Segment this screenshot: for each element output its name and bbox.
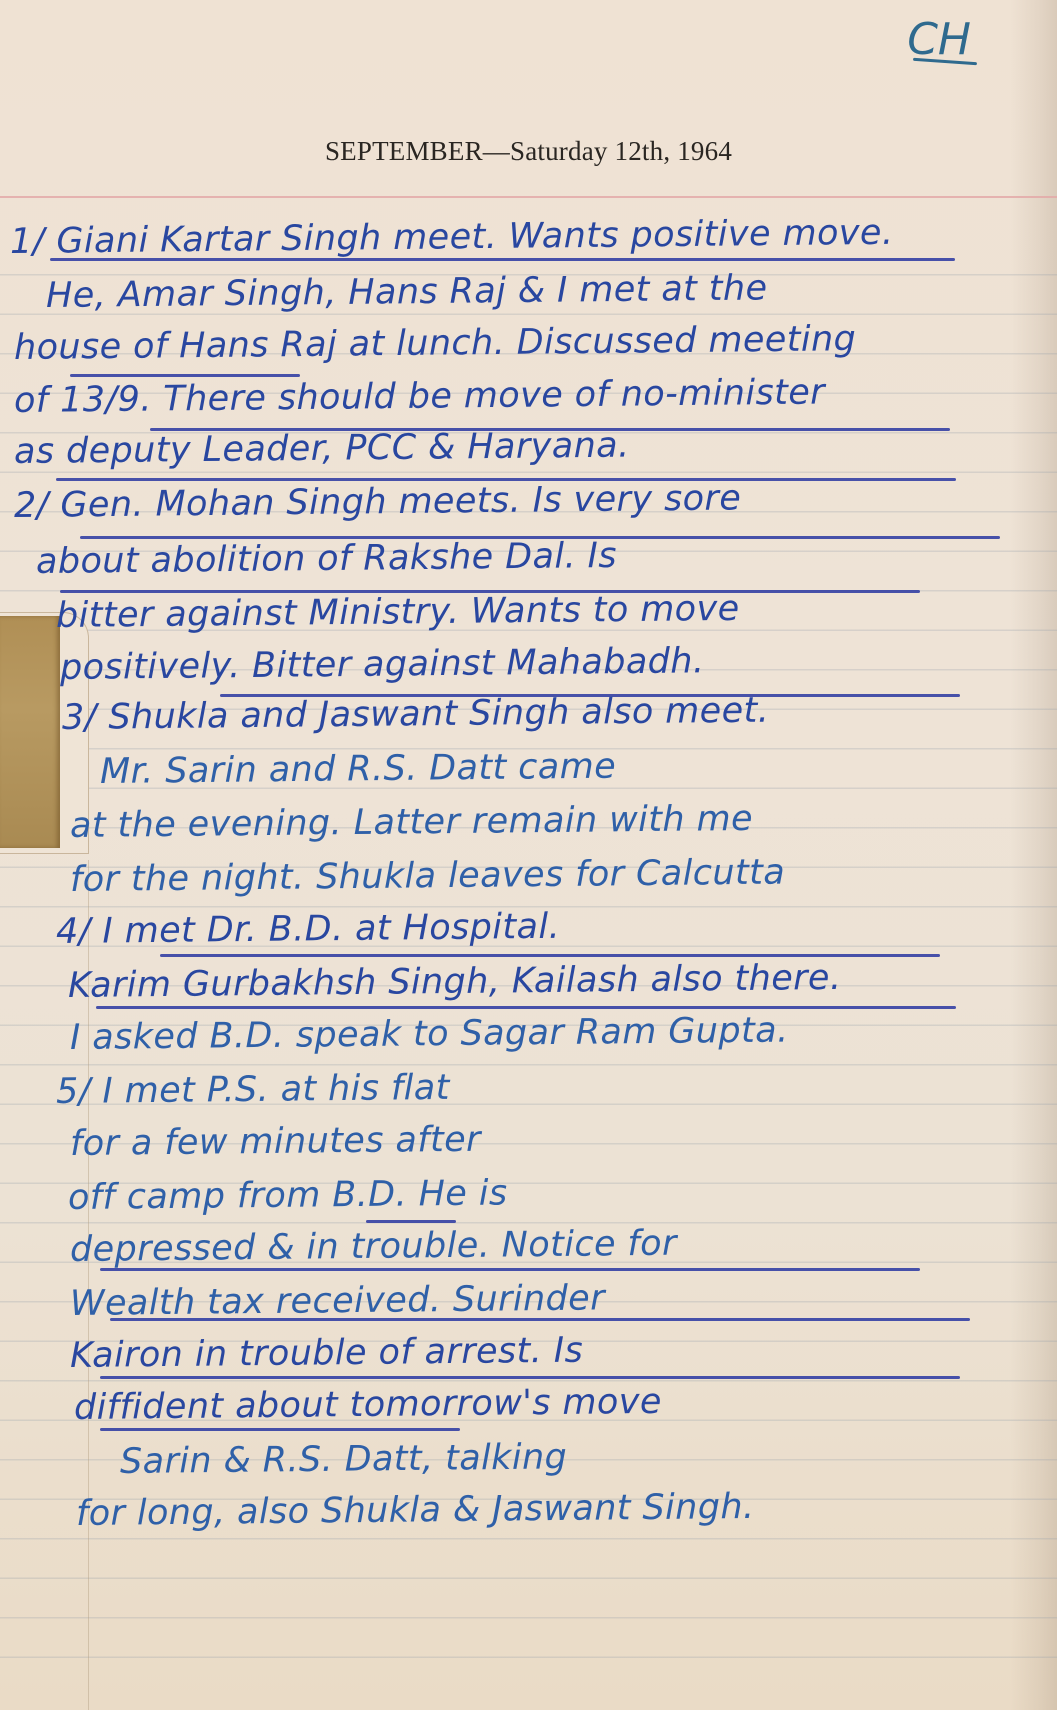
- entry-5-line-9: for long, also Shukla & Jaswant Singh.: [76, 1487, 755, 1534]
- entry-3-line-1: 3/ Shukla and Jaswant Singh also meet.: [62, 691, 770, 738]
- entry-4-line-2: Karim Gurbakhsh Singh, Kailash also ther…: [68, 958, 842, 1006]
- underline: [160, 954, 940, 957]
- entry-5-line-6: Kairon in trouble of arrest. Is: [70, 1331, 584, 1376]
- entry-3-line-2: Mr. Sarin and R.S. Datt came: [100, 747, 616, 792]
- diary-page: CH SEPTEMBER—Saturday 12th, 1964 1/ Gian…: [0, 0, 1057, 1710]
- entry-2-line-1: 2/ Gen. Mohan Singh meets. Is very sore: [14, 478, 742, 526]
- page-date-header: SEPTEMBER—Saturday 12th, 1964: [0, 136, 1057, 167]
- underline: [100, 1268, 920, 1271]
- entry-2-line-2: about abolition of Rakshe Dal. Is: [36, 536, 617, 582]
- underline: [100, 1428, 460, 1431]
- entry-4-line-3: I asked B.D. speak to Sagar Ram Gupta.: [70, 1010, 789, 1058]
- entry-1-line-4: of 13/9. There should be move of no-mini…: [14, 373, 825, 421]
- underline: [110, 1318, 970, 1321]
- underline: [50, 258, 955, 261]
- underline: [96, 1006, 956, 1009]
- entry-1-line-2: He, Amar Singh, Hans Raj & I met at the: [46, 268, 768, 316]
- margin-annotation: CH: [907, 14, 971, 65]
- entry-2-line-4: positively. Bitter against Mahabadh.: [60, 641, 705, 688]
- entry-3-line-4: for the night. Shukla leaves for Calcutt…: [70, 853, 786, 900]
- underline: [366, 1220, 456, 1223]
- underline: [100, 1376, 960, 1379]
- entry-1-line-5: as deputy Leader, PCC & Haryana.: [14, 426, 630, 472]
- header-rule: [0, 196, 1057, 198]
- entry-5-line-4: depressed & in trouble. Notice for: [70, 1224, 677, 1270]
- entry-5-line-7: diffident about tomorrow's move: [74, 1382, 662, 1428]
- entry-5-line-8: Sarin & R.S. Datt, talking: [120, 1437, 568, 1482]
- entry-5-line-3: off camp from B.D. He is: [68, 1173, 508, 1218]
- entry-4-line-1: 4/ I met Dr. B.D. at Hospital.: [56, 907, 560, 952]
- entry-5-line-2: for a few minutes after: [70, 1120, 481, 1164]
- entry-5-line-1: 5/ I met P.S. at his flat: [56, 1068, 450, 1112]
- underline: [70, 374, 300, 377]
- entry-3-line-3: at the evening. Latter remain with me: [70, 799, 753, 846]
- entry-2-line-3: bitter against Ministry. Wants to move: [56, 589, 740, 636]
- bookmark-tab: [0, 616, 60, 848]
